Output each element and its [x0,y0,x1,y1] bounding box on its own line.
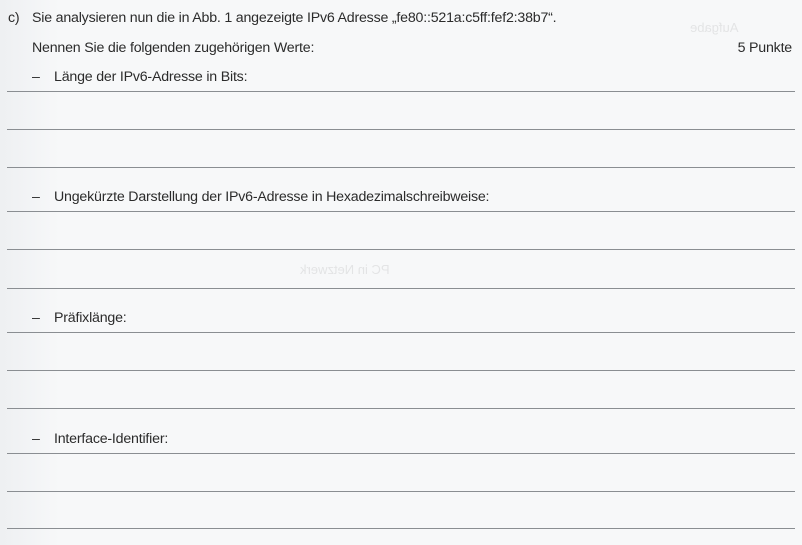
question-label: Ungekürzte Darstellung der IPv6-Adresse … [54,189,489,205]
question-item-bit-length: –Länge der IPv6-Adresse in Bits: [32,69,247,85]
answer-line[interactable] [7,491,795,492]
show-through-text: Aufgabe [690,20,738,35]
task-prompt: Sie analysieren nun die in Abb. 1 angeze… [32,10,556,26]
answer-line[interactable] [7,288,795,289]
question-label: Länge der IPv6-Adresse in Bits: [54,69,247,85]
answer-line[interactable] [7,91,795,92]
task-points: 5 Punkte [738,40,792,56]
answer-line[interactable] [7,249,795,250]
answer-line[interactable] [7,129,795,130]
question-label: Präfixlänge: [54,310,127,326]
answer-line[interactable] [7,453,795,454]
show-through-text: PC in Netzwerk [300,262,390,277]
answer-line[interactable] [7,528,795,529]
bullet-dash: – [32,310,54,326]
answer-line[interactable] [7,408,795,409]
bullet-dash: – [32,431,54,447]
answer-line[interactable] [7,167,795,168]
worksheet-page: Aufgabe PC in Netzwerk c) Sie analysiere… [0,0,802,545]
question-label: Interface-Identifier: [54,431,168,447]
task-instruction: Nennen Sie die folgenden zugehörigen Wer… [32,40,314,56]
answer-line[interactable] [7,211,795,212]
question-item-interface-identifier: –Interface-Identifier: [32,431,168,447]
answer-line[interactable] [7,370,795,371]
question-item-full-hex-notation: –Ungekürzte Darstellung der IPv6-Adresse… [32,189,489,205]
task-label: c) [8,10,19,26]
bullet-dash: – [32,189,54,205]
answer-line[interactable] [7,332,795,333]
question-item-prefix-length: –Präfixlänge: [32,310,127,326]
bullet-dash: – [32,69,54,85]
